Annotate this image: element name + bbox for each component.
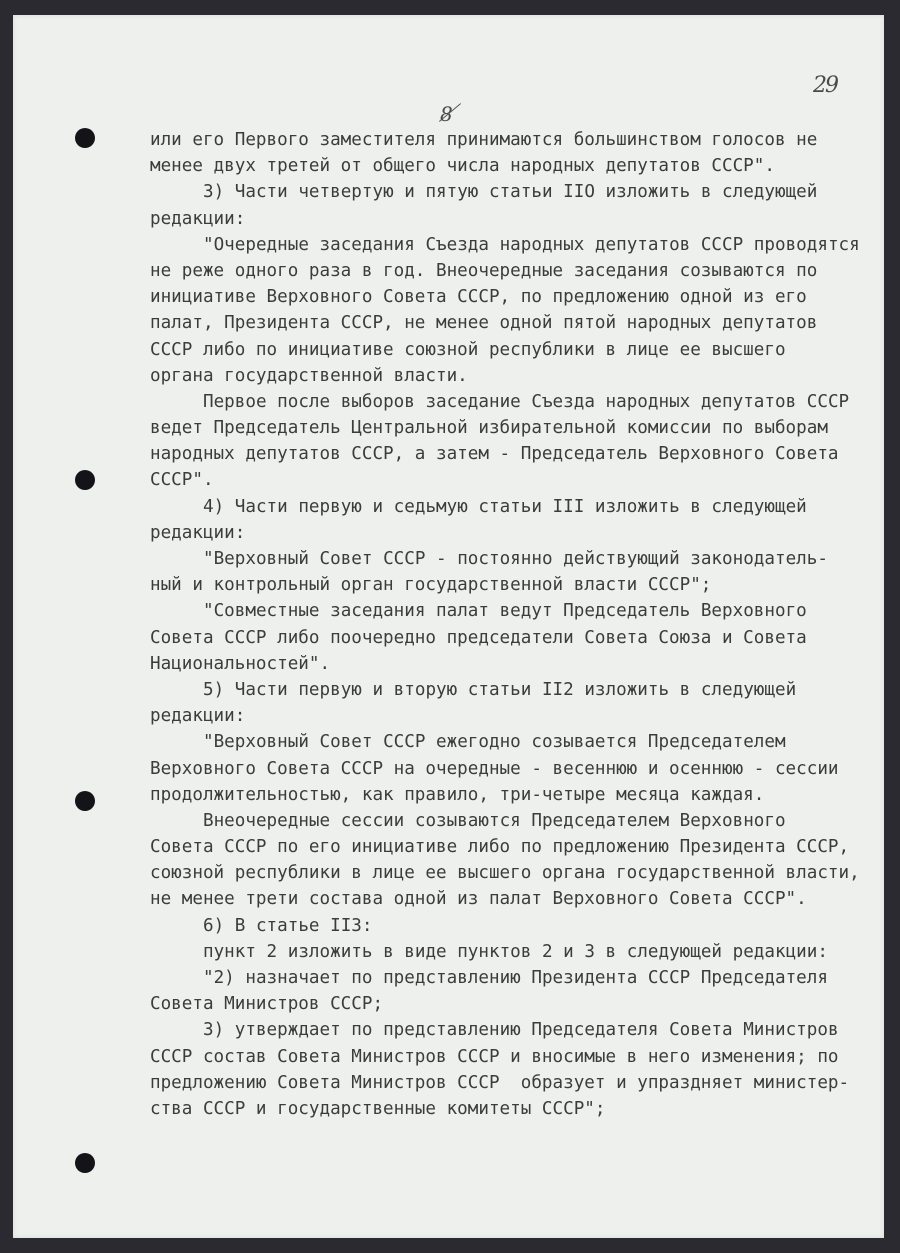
scanned-document-viewer: 8 29 или его Первого заместителя принима… bbox=[0, 0, 900, 1253]
text-line: 3) утверждает по представлению Председат… bbox=[150, 1017, 870, 1043]
text-line: или его Первого заместителя принимаются … bbox=[150, 127, 870, 153]
text-line: 4) Части первую и седьмую статьи III изл… bbox=[150, 494, 870, 520]
text-line: редакции: bbox=[150, 206, 870, 232]
text-line: Национальностей". bbox=[150, 651, 870, 677]
text-line: "Верховный Совет СССР ежегодно созываетс… bbox=[150, 729, 870, 755]
text-line: 3) Части четвертую и пятую статьи IIO из… bbox=[150, 179, 870, 205]
text-line: ведет Председатель Центральной избирател… bbox=[150, 415, 870, 441]
text-line: 5) Части первую и вторую статьи II2 изло… bbox=[150, 677, 870, 703]
text-line: Совета СССР по его инициативе либо по пр… bbox=[150, 834, 870, 860]
punch-hole-4 bbox=[75, 1153, 95, 1173]
text-line: органа государственной власти. bbox=[150, 363, 870, 389]
punch-hole-3 bbox=[75, 791, 95, 811]
document-body-text: или его Первого заместителя принимаются … bbox=[150, 127, 870, 1122]
text-line: "2) назначает по представлению Президент… bbox=[150, 965, 870, 991]
punch-hole-2 bbox=[75, 470, 95, 490]
text-line: 6) В статье II3: bbox=[150, 913, 870, 939]
text-line: Внеочередные сессии созываются Председат… bbox=[150, 808, 870, 834]
text-line: продолжительностью, как правило, три-чет… bbox=[150, 782, 870, 808]
text-line: СССР". bbox=[150, 467, 870, 493]
text-line: палат, Президента СССР, не менее одной п… bbox=[150, 310, 870, 336]
crossed-out-page-number: 8 bbox=[440, 102, 453, 126]
text-line: Совета Министров СССР; bbox=[150, 991, 870, 1017]
text-line: ства СССР и государственные комитеты ССС… bbox=[150, 1096, 870, 1122]
text-line: Верховного Совета СССР на очередные - ве… bbox=[150, 756, 870, 782]
text-line: пункт 2 изложить в виде пунктов 2 и 3 в … bbox=[150, 939, 870, 965]
text-line: союзной республики в лице ее высшего орг… bbox=[150, 860, 870, 886]
text-line: народных депутатов СССР, а затем - Предс… bbox=[150, 441, 870, 467]
text-line: Первое после выборов заседание Съезда на… bbox=[150, 389, 870, 415]
text-line: редакции: bbox=[150, 703, 870, 729]
text-line: СССР состав Совета Министров СССР и внос… bbox=[150, 1044, 870, 1070]
text-line: "Совместные заседания палат ведут Предсе… bbox=[150, 598, 870, 624]
text-line: "Очередные заседания Съезда народных деп… bbox=[150, 232, 870, 258]
text-line: не менее трети состава одной из палат Ве… bbox=[150, 886, 870, 912]
text-line: предложению Совета Министров СССР образу… bbox=[150, 1070, 870, 1096]
text-line: ный и контрольный орган государственной … bbox=[150, 572, 870, 598]
text-line: Совета СССР либо поочередно председатели… bbox=[150, 625, 870, 651]
text-line: не реже одного раза в год. Внеочередные … bbox=[150, 258, 870, 284]
text-line: инициативе Верховного Совета СССР, по пр… bbox=[150, 284, 870, 310]
text-line: "Верховный Совет СССР - постоянно действ… bbox=[150, 546, 870, 572]
punch-hole-1 bbox=[75, 128, 95, 148]
text-line: СССР либо по инициативе союзной республи… bbox=[150, 337, 870, 363]
archive-sheet-number: 29 bbox=[813, 73, 837, 98]
text-line: редакции: bbox=[150, 520, 870, 546]
text-line: менее двух третей от общего числа народн… bbox=[150, 153, 870, 179]
